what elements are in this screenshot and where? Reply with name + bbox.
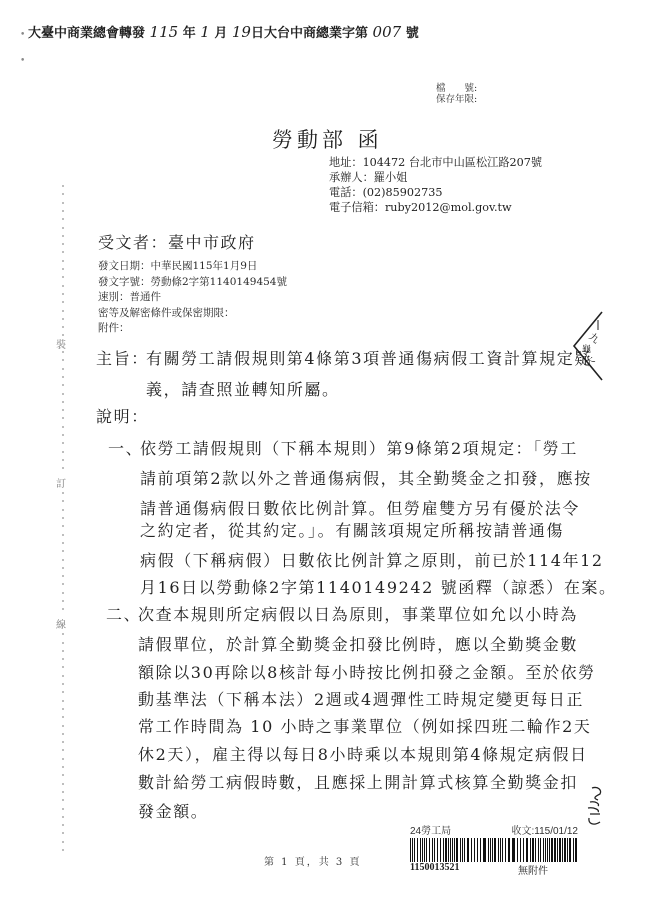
barcode-bar [412, 838, 413, 862]
binding-dot [62, 193, 64, 195]
binding-dot [62, 542, 64, 544]
binding-dot [62, 600, 64, 602]
binding-dot [62, 426, 64, 428]
binding-dot [62, 675, 64, 677]
binding-dot [62, 824, 64, 826]
dispatch-speed: 速別：普通件 [98, 290, 161, 306]
barcode-bar [495, 838, 496, 862]
binding-dot [62, 409, 64, 411]
barcode-bar [555, 838, 556, 862]
barcode-bar [549, 838, 550, 862]
binding-dot [62, 808, 64, 810]
barcode-bar [464, 838, 465, 862]
archive-retention: 保存年限: [436, 94, 477, 105]
barcode-bar [426, 838, 427, 862]
binding-dot [62, 708, 64, 710]
barcode-bar [538, 838, 539, 862]
barcode-bar [576, 838, 577, 862]
barcode-bar [484, 838, 485, 862]
barcode-bar [547, 838, 548, 862]
contact-handler: 承辦人：羅小姐 [329, 170, 407, 186]
approval-seal-icon: 九 龜 大 [572, 310, 606, 382]
barcode-bar [443, 838, 444, 862]
dispatch-date: 發文日期：中華民國115年1月9日 [98, 259, 257, 275]
binding-dot [62, 285, 64, 287]
scan-mark: • [20, 56, 25, 66]
barcode-bar [414, 838, 415, 862]
binding-dot [62, 384, 64, 386]
binding-char: 裝 [56, 336, 66, 351]
barcode-bar [557, 838, 558, 862]
contact-email: 電子信箱：ruby2012@mol.gov.tw [329, 200, 512, 216]
barcode-bar [517, 838, 518, 862]
barcode-bar [467, 838, 468, 862]
barcode-bar [520, 838, 521, 862]
svg-text:九: 九 [586, 330, 602, 346]
barcode-bar [575, 838, 576, 862]
binding-dot [62, 276, 64, 278]
barcode-bar [424, 838, 425, 862]
binding-dot [62, 268, 64, 270]
barcode-bar [567, 838, 568, 862]
explanation-item-marker: 二、 [106, 602, 141, 625]
binding-dot [62, 575, 64, 577]
receipt-stamp-day: 19 [232, 23, 251, 41]
receipt-stamp: 大臺中商業總會轉發 115 年 1 月 19日大台中商總業字第 007 號 [28, 22, 419, 41]
barcode-bars [410, 838, 578, 862]
barcode-bar [454, 838, 455, 862]
barcode-bar [432, 838, 433, 862]
explanation-line: 次查本規則所定病假以日為原則，事業單位如允以小時為 [138, 602, 578, 625]
barcode-bar [554, 838, 555, 862]
binding-dot [62, 218, 64, 220]
binding-dot [62, 799, 64, 801]
barcode-bar [452, 838, 453, 862]
binding-dot [62, 492, 64, 494]
explanation-line: 依勞工請假規則（下稱本規則）第9條第2項規定：「勞工 [140, 436, 578, 459]
barcode-bar [530, 838, 531, 862]
binding-dot [62, 559, 64, 561]
explanation-line: 病假（下稱病假）日數依比例計算之原則，前已於114年12 [140, 548, 604, 571]
barcode-attachment-note: 無附件 [518, 862, 548, 877]
binding-dot [62, 791, 64, 793]
binding-dot [62, 816, 64, 818]
barcode-bar [564, 838, 565, 862]
page-indicator: 第 1 頁，共 3 頁 [264, 853, 361, 868]
barcode-bar [540, 838, 541, 862]
binding-dot [62, 509, 64, 511]
receipt-stamp-suffix: 號 [406, 26, 419, 41]
receipt-stamp-number: 007 [373, 23, 402, 41]
receipt-stamp-prefix: 大臺中商業總會轉發 [28, 26, 145, 41]
barcode-bar [513, 838, 514, 862]
barcode-bar [502, 838, 503, 862]
binding-dot [62, 417, 64, 419]
binding-dot [62, 376, 64, 378]
binding-dot [62, 683, 64, 685]
explanation-line: 額除以30再除以8核計每小時按比例扣發之金額。至於依勞 [138, 660, 596, 683]
handwritten-mark-icon [584, 784, 608, 828]
recipient: 受文者：臺中市政府 [98, 230, 256, 253]
barcode-bar [483, 838, 484, 862]
scan-mark: • [20, 30, 25, 40]
binding-dot [62, 359, 64, 361]
barcode-bar [508, 838, 509, 862]
barcode-bar [462, 838, 463, 862]
barcode-office: 24勞工局 [410, 822, 451, 837]
binding-dot [62, 293, 64, 295]
explanation-item-marker: 一、 [108, 436, 143, 459]
binding-dot [62, 500, 64, 502]
binding-dot [62, 658, 64, 660]
binding-dot [62, 849, 64, 851]
barcode-bar [450, 838, 451, 862]
binding-dot [62, 185, 64, 187]
svg-text:龜: 龜 [582, 343, 591, 355]
explanation-line: 請普通傷病假日數依比例計算。但勞雇雙方另有優於法令 [140, 496, 580, 519]
barcode-bar [500, 838, 501, 862]
binding-dot [62, 534, 64, 536]
binding-dot [62, 301, 64, 303]
binding-dot [62, 351, 64, 353]
barcode-bar [437, 838, 438, 862]
barcode-bar [457, 838, 458, 862]
barcode-received-date: 收文:115/01/12 [511, 822, 578, 837]
barcode-bar [543, 838, 544, 862]
binding-dot [62, 243, 64, 245]
explanation-line: 休2天），雇主得以每日8小時乘以本規則第4條規定病假日 [138, 742, 588, 765]
barcode-bar [474, 838, 475, 862]
explanation-line: 請前項第2款以外之普通傷病假，其全勤獎金之扣發，應按 [140, 466, 592, 489]
binding-dot [62, 691, 64, 693]
binding-dot [62, 583, 64, 585]
binding-dot [62, 260, 64, 262]
binding-dot [62, 666, 64, 668]
barcode-bar [480, 838, 481, 862]
barcode-bar [526, 838, 527, 862]
explanation-line: 發金額。 [138, 799, 208, 822]
binding-dot [62, 227, 64, 229]
binding-dot [62, 774, 64, 776]
binding-dot [62, 567, 64, 569]
binding-dot [62, 434, 64, 436]
binding-dot [62, 310, 64, 312]
barcode-bar [460, 838, 461, 862]
contact-address: 地址：104472 台北市中山區松江路207號 [329, 155, 542, 171]
binding-dot [62, 832, 64, 834]
binding-dot [62, 700, 64, 702]
barcode-bar [410, 838, 411, 862]
barcode-bar [492, 838, 493, 862]
binding-dot [62, 467, 64, 469]
subject-label: 主旨： [96, 346, 149, 369]
explanation-line: 請假單位，於計算全勤獎金扣發比例時，應以全勤獎金數 [138, 632, 578, 655]
dispatch-confidentiality: 密等及解密條件或保密期限： [98, 306, 235, 322]
binding-dot [62, 733, 64, 735]
barcode-bar [490, 838, 491, 862]
svg-text:大: 大 [583, 353, 597, 368]
explanation-line: 之約定者，從其約定。」。有關該項規定所稱按請普通傷 [140, 518, 564, 541]
binding-dot [62, 459, 64, 461]
binding-dot [62, 393, 64, 395]
binding-dot [62, 326, 64, 328]
barcode-bar [505, 838, 506, 862]
binding-dot [62, 766, 64, 768]
dispatch-attachments: 附件： [98, 321, 130, 337]
barcode-bar [523, 838, 524, 862]
receipt-stamp-day-unit: 日大台中商總業字第 [251, 26, 368, 41]
barcode-bar [532, 838, 533, 862]
binding-dot [62, 251, 64, 253]
dispatch-ref-no: 發文字號：勞動條2字第1140149454號 [98, 275, 287, 291]
barcode-bar [545, 838, 546, 862]
binding-dot [62, 202, 64, 204]
barcode-bar [570, 838, 571, 862]
subject-line: 義，請查照並轉知所屬。 [146, 377, 340, 400]
barcode-bar [498, 838, 499, 862]
barcode-bar [494, 838, 495, 862]
binding-dot [62, 741, 64, 743]
explanation-line: 數計給勞工病假時數，且應採上開計算式核算全勤獎金扣 [138, 770, 578, 793]
receipt-stamp-year: 115 [150, 23, 179, 41]
barcode-bar [551, 838, 552, 862]
barcode-bar [535, 838, 536, 862]
barcode-bar [477, 838, 478, 862]
explanation-line: 常工作時間為 10 小時之事業單位（例如採四班二輪作2天 [138, 714, 592, 737]
binding-dot [62, 318, 64, 320]
barcode-bar [471, 838, 472, 862]
binding-dot [62, 783, 64, 785]
barcode-bar [488, 838, 489, 862]
barcode-bar [569, 838, 570, 862]
binding-dot [62, 401, 64, 403]
barcode-bar [573, 838, 574, 862]
binding-char: 線 [56, 616, 66, 631]
barcode-bar [422, 838, 423, 862]
barcode-bar [448, 838, 449, 862]
explanation-line: 動基準法（下稱本法）2週或4週彈性工時規定變更每日正 [138, 687, 584, 710]
subject-line: 有關勞工請假規則第4條第3項普通傷病假工資計算規定疑 [146, 346, 592, 369]
explanation-label: 說明： [96, 404, 149, 427]
binding-dot [62, 633, 64, 635]
receipt-barcode: 24勞工局 收文:115/01/12 1150013521 無附件 [410, 822, 578, 877]
binding-char: 訂 [56, 475, 66, 490]
binding-dot [62, 525, 64, 527]
document-title: 勞動部 函 [272, 124, 383, 154]
binding-dot [62, 517, 64, 519]
barcode-number: 1150013521 [410, 862, 459, 877]
binding-dot [62, 550, 64, 552]
barcode-bar [559, 838, 560, 862]
explanation-line: 月16日以勞動條2字第1140149242 號函釋（諒悉）在案。 [140, 575, 617, 598]
binding-dot [62, 716, 64, 718]
binding-dot [62, 841, 64, 843]
barcode-bar [420, 838, 421, 862]
barcode-bar [434, 838, 435, 862]
binding-dot [62, 642, 64, 644]
barcode-bar [429, 838, 430, 862]
binding-dot [62, 368, 64, 370]
binding-dot [62, 725, 64, 727]
binding-dot [62, 210, 64, 212]
receipt-stamp-month-unit: 月 [214, 26, 227, 41]
binding-dot [62, 592, 64, 594]
binding-dot [62, 758, 64, 760]
receipt-stamp-month: 1 [200, 23, 210, 41]
binding-dot [62, 235, 64, 237]
barcode-bar [512, 838, 513, 862]
archive-file-no: 檔 號: [436, 83, 477, 94]
binding-dot [62, 451, 64, 453]
binding-dot [62, 650, 64, 652]
receipt-stamp-year-unit: 年 [183, 26, 196, 41]
barcode-bar [445, 838, 446, 862]
binding-dot [62, 749, 64, 751]
binding-dot [62, 442, 64, 444]
barcode-bar [562, 838, 563, 862]
contact-phone: 電話：(02)85902735 [329, 185, 442, 201]
barcode-bar [456, 838, 457, 862]
barcode-bar [440, 838, 441, 862]
barcode-bar [560, 838, 561, 862]
binding-dot [62, 608, 64, 610]
barcode-bar [417, 838, 418, 862]
